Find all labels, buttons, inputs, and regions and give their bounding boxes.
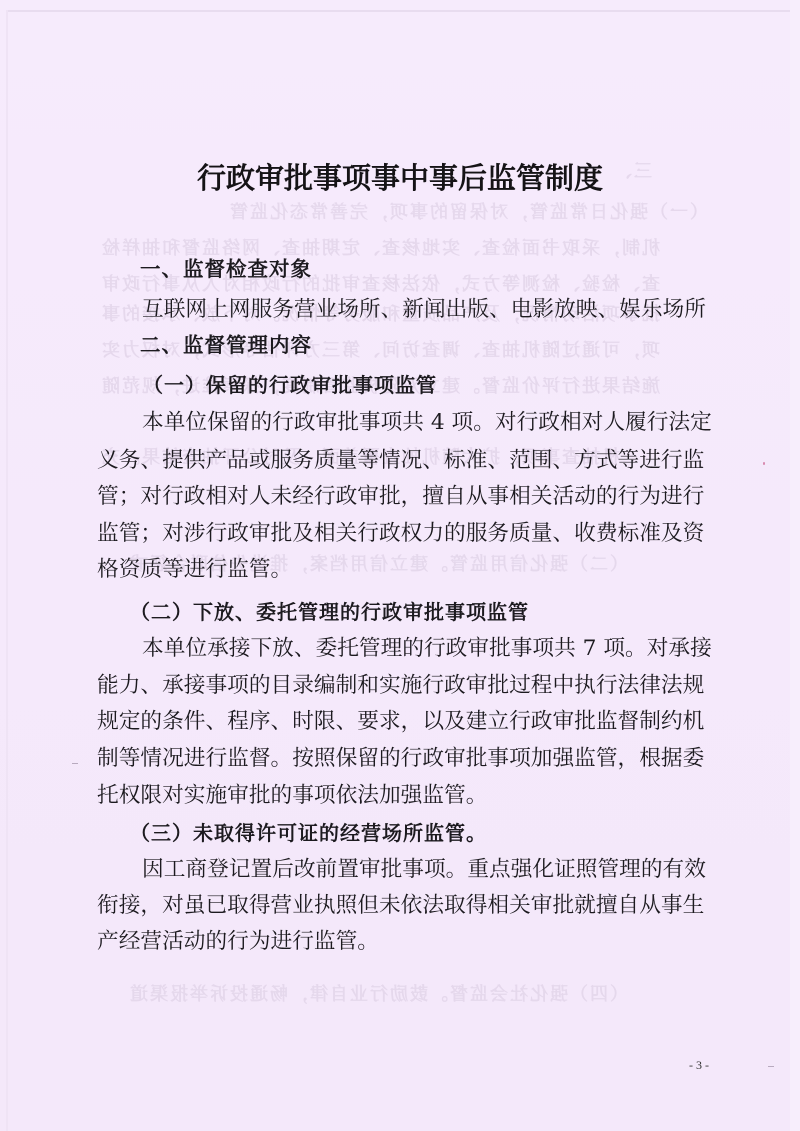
bleed-through-text: （四）强化社会监督。鼓励行业自律，畅通投诉举报渠道 (128, 980, 628, 1006)
paragraph-line: 规定的条件、程序、时限、要求，以及建立行政审批监督制约机 (97, 708, 704, 736)
subsection-heading-unlicensed-venues: （三）未取得许可证的经营场所监管。 (130, 819, 487, 847)
document-page: 三、 （一）强化日常监管，对保留的事项，完善常态化监管 机制，采取书面检查、实地… (0, 0, 800, 1131)
scan-speck (763, 462, 765, 465)
paragraph-line: 衔接，对虽已取得营业执照但未依法取得相关审批就擅自从事生 (97, 892, 704, 920)
scan-mark (768, 1066, 774, 1067)
paragraph-line: 义务、提供产品或服务质量等情况、标准、范围、方式等进行监 (97, 447, 704, 475)
page-number: - 3 - (689, 1058, 709, 1073)
paragraph-line: 能力、承接事项的目录编制和实施行政审批过程中执行法律法规 (97, 672, 704, 700)
paragraph-line: 本单位承接下放、委托管理的行政审批事项共 7 项。对承接 (142, 635, 712, 663)
subsection-heading-retained-items: （一）保留的行政审批事项监管 (143, 371, 437, 399)
paragraph-line: 因工商登记置后改前置审批事项。重点强化证照管理的有效 (142, 856, 706, 884)
scan-edge-top (6, 10, 800, 12)
paragraph-line: 格资质等进行监管。 (97, 556, 292, 584)
section-heading-inspection-targets: 一、监督检查对象 (140, 255, 312, 283)
paragraph-line: 监管；对涉行政审批及相关行政权力的服务质量、收费标准及资 (97, 520, 704, 548)
subsection-heading-delegated-items: （二）下放、委托管理的行政审批事项监管 (130, 598, 529, 626)
paragraph-line: 本单位保留的行政审批事项共 4 项。对行政相对人履行法定 (142, 409, 712, 437)
paragraph-line: 托权限对实施审批的事项依法加强监管。 (97, 782, 487, 810)
paragraph-line: 产经营活动的行为进行监管。 (97, 928, 379, 956)
paragraph-line: 制等情况进行监督。按照保留的行政审批事项加强监管，根据委 (97, 745, 704, 773)
scan-mark (72, 763, 78, 764)
paragraph-line: 管；对行政相对人未经行政审批，擅自从事相关活动的行为进行 (97, 483, 704, 511)
section-body-inspection-targets: 互联网上网服务营业场所、新闻出版、电影放映、娱乐场所 (142, 296, 706, 324)
section-heading-supervision-content: 二、监督管理内容 (140, 331, 312, 359)
bleed-through-text: （一）强化日常监管，对保留的事项，完善常态化监管 (128, 198, 708, 224)
document-title: 行政审批事项事中事后监管制度 (0, 160, 800, 196)
